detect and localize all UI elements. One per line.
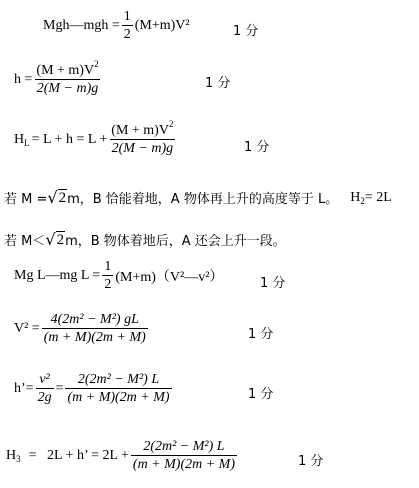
equation-h-prime: h’= v² 2g = 2(2m² − M²) L (m + M)(2m + M… [14, 371, 174, 406]
eq1-rhs: (M+m)V² [135, 18, 190, 34]
radical-sign-icon: √ [45, 230, 55, 249]
fraction-half: 1 2 [102, 258, 113, 293]
h2-end: = 2L [365, 190, 392, 205]
eq8-mid: = 2L + h’ = 2L + [29, 448, 129, 464]
condition-prefix: 若 M＜ [4, 230, 45, 249]
lhs-text: H [14, 132, 24, 147]
equation-h: h = (M + m)V2 2(M − m)g [14, 62, 103, 97]
frac-den: 2g [36, 388, 54, 406]
lhs-sub: 3 [16, 454, 21, 464]
condition-prefix: 若 M = [4, 188, 47, 207]
condition-line-equal: 若 M = √2 m，B 恰能着地，A 物体再上升的高度等于 L。 H2= 2L [4, 188, 392, 207]
frac-den: 2 [102, 275, 113, 293]
condition-suffix: m，B 物体着地后，A 还会上升一段。 [65, 230, 286, 249]
frac-num: v² [37, 371, 51, 388]
frac-num: 1 [102, 258, 113, 275]
frac-den: 2(M − m)g [110, 139, 176, 157]
score-eq7: 1 分 [248, 383, 273, 402]
sqrt-2: √2 [47, 188, 67, 207]
fraction-h: (M + m)V2 2(M − m)g [34, 62, 100, 97]
equation-energy-conservation-1: Mgh—mgh = 1 2 (M+m)V² [43, 8, 190, 43]
eq3-lhs: HL [14, 132, 30, 148]
frac-num: 2(2m² − M²) L [141, 438, 226, 455]
frac-num: 4(2m² − M²) gL [49, 311, 141, 328]
eq3-mid: = L + h = L + [32, 132, 108, 148]
score-eq1: 1 分 [233, 20, 258, 39]
num-text: (M + m)V [111, 123, 169, 138]
fraction-V2: 4(2m² − M²) gL (m + M)(2m + M) [42, 311, 148, 346]
frac-num: 1 [122, 8, 133, 25]
score-eq2: 1 分 [205, 72, 230, 91]
score-eq5: 1 分 [260, 272, 285, 291]
fraction-H3: 2(2m² − M²) L (m + M)(2m + M) [131, 438, 237, 473]
condition-line-less: 若 M＜ √2 m，B 物体着地后，A 还会上升一段。 [4, 230, 286, 249]
num-sup: 2 [94, 59, 99, 69]
frac-den: 2(M − m)g [35, 79, 101, 97]
sqrt-2: √2 [45, 230, 65, 249]
frac-den: (m + M)(2m + M) [65, 388, 171, 406]
eq2-lhs: h = [14, 72, 32, 88]
equation-V-squared: V² = 4(2m² − M²) gL (m + M)(2m + M) [14, 311, 150, 346]
fraction-HL: (M + m)V2 2(M − m)g [109, 122, 175, 157]
eq8-lhs: H3 [6, 448, 21, 464]
num-sup: 2 [169, 119, 174, 129]
eq5-rhs: (M+m)（V²—v²） [115, 266, 223, 286]
score-eq6: 1 分 [248, 323, 273, 342]
eq1-lhs: Mgh—mgh = [43, 18, 120, 34]
num-text: (M + m)V [36, 63, 94, 78]
eq7-lhs: h’= [14, 381, 34, 397]
frac-num: (M + m)V2 [109, 122, 175, 139]
eq5-lhs: Mg L—mg L = [14, 268, 100, 284]
radical-sign-icon: √ [47, 188, 57, 207]
frac-num: 2(2m² − M²) L [76, 371, 161, 388]
score-eq3: 1 分 [244, 136, 269, 155]
equation-H3: H3 = 2L + h’ = 2L + 2(2m² − M²) L (m + M… [6, 438, 239, 473]
frac-den: (m + M)(2m + M) [131, 455, 237, 473]
frac-den: (m + M)(2m + M) [42, 328, 148, 346]
lhs-sub: L [24, 138, 30, 148]
fraction-half: 1 2 [122, 8, 133, 43]
h2-text: H [350, 190, 360, 205]
score-eq8: 1 分 [298, 450, 323, 469]
lhs-text: H [6, 448, 16, 463]
radicand: 2 [58, 189, 68, 207]
fraction-h-prime: 2(2m² − M²) L (m + M)(2m + M) [65, 371, 171, 406]
eq7-mid: = [56, 381, 64, 397]
equation-energy-conservation-2: Mg L—mg L = 1 2 (M+m)（V²—v²） [14, 258, 223, 293]
fraction-v2-over-2g: v² 2g [36, 371, 54, 406]
equation-HL: HL = L + h = L + (M + m)V2 2(M − m)g [14, 122, 177, 157]
frac-den: 2 [122, 25, 133, 43]
condition-suffix: m，B 恰能着地，A 物体再上升的高度等于 L。 [67, 188, 338, 207]
eq6-lhs: V² = [14, 321, 40, 337]
radicand: 2 [56, 231, 66, 249]
H2-result: H2= 2L [350, 190, 392, 206]
frac-num: (M + m)V2 [34, 62, 100, 79]
